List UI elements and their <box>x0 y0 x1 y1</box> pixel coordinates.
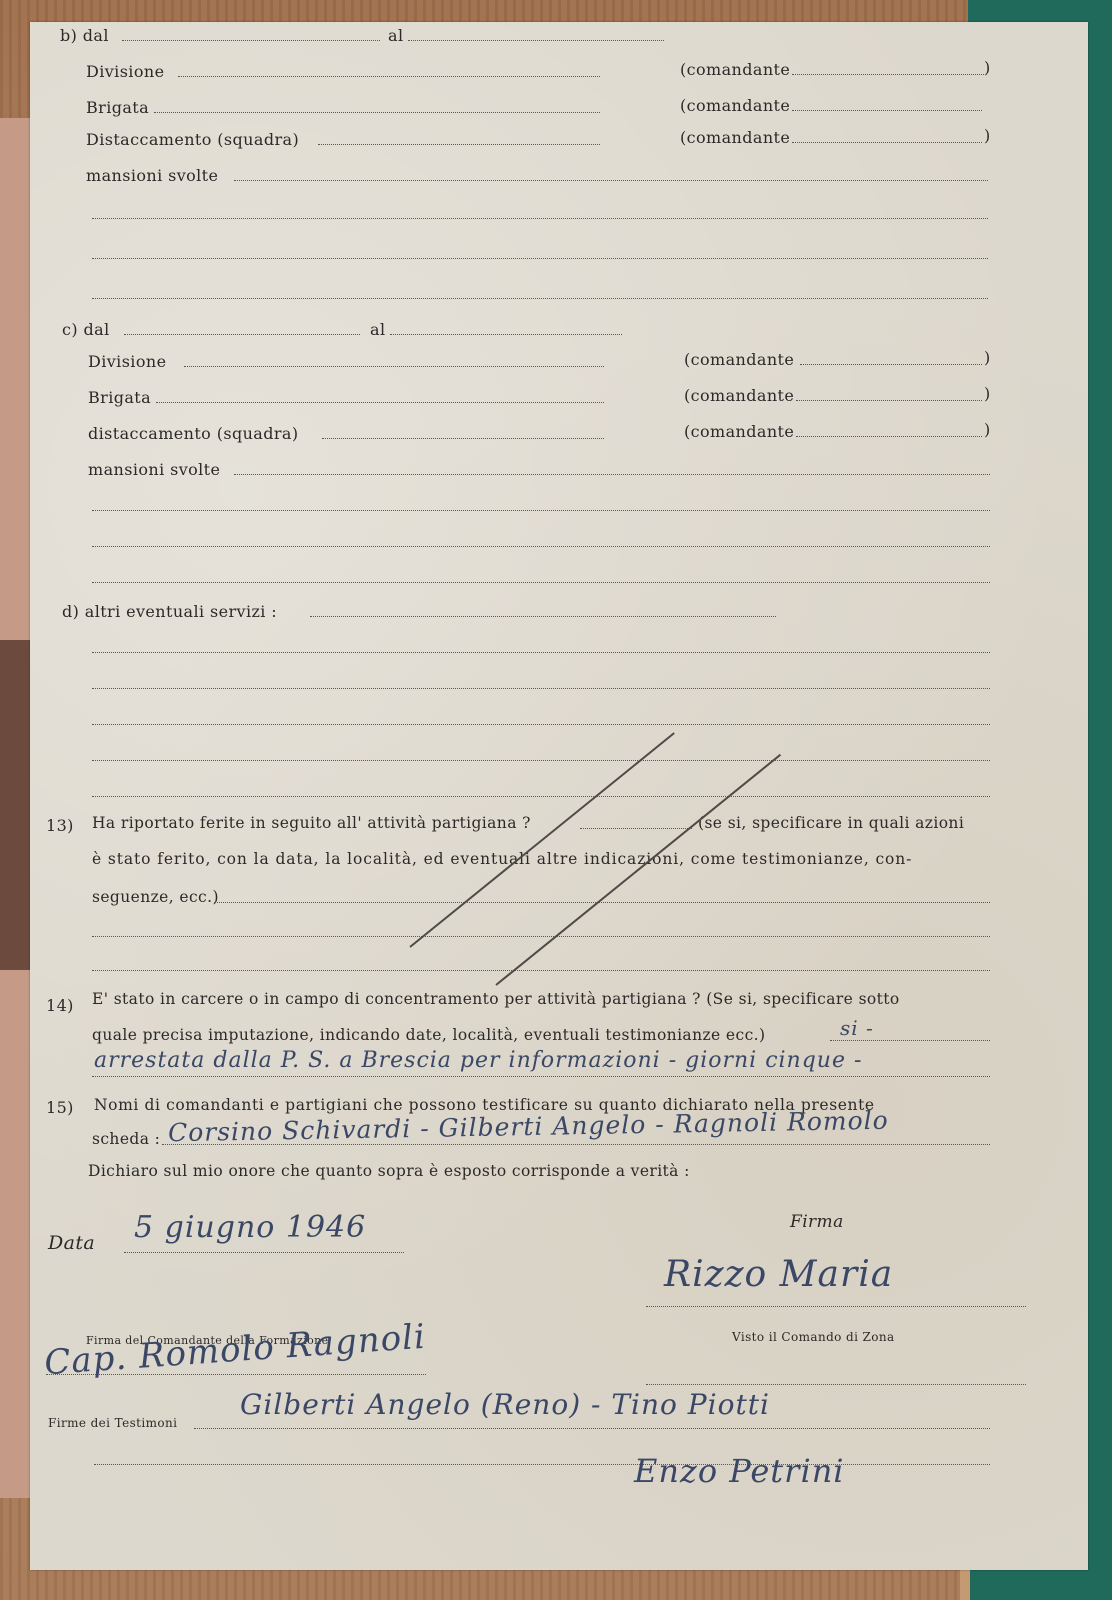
section-b-al-field[interactable] <box>408 40 664 41</box>
q15-question-line2: scheda : <box>92 1130 160 1148</box>
section-c-mansioni-label: mansioni svolte <box>88 460 220 479</box>
section-b-brigata-comandante-label: (comandante <box>680 96 790 115</box>
section-b-distaccamento-comandante-field[interactable] <box>792 142 982 143</box>
section-b-dal-label: b) dal <box>60 26 109 45</box>
section-b-mansioni-field[interactable] <box>234 180 988 181</box>
section-d-line-5[interactable] <box>92 760 990 761</box>
testimoni-label: Firme dei Testimoni <box>48 1416 177 1430</box>
testimoni-field-line-2[interactable] <box>94 1464 990 1465</box>
section-c-brigata-label: Brigata <box>88 388 151 407</box>
close-paren: ) <box>984 126 991 145</box>
section-b-divisione-label: Divisione <box>86 62 164 81</box>
q14-answer-line-2[interactable] <box>92 1076 990 1077</box>
firma-field[interactable] <box>646 1306 1026 1307</box>
strike-through-mark-2 <box>495 754 781 986</box>
section-b-divisione-comandante-label: (comandante <box>680 60 790 79</box>
section-d-line-3[interactable] <box>92 688 990 689</box>
declaration-text: Dichiaro sul mio onore che quanto sopra … <box>88 1162 690 1180</box>
section-c-distaccamento-field[interactable] <box>322 438 604 439</box>
section-b-mansioni-line-2[interactable] <box>92 218 988 219</box>
section-c-divisione-comandante-field[interactable] <box>800 364 982 365</box>
q14-handwritten-answer-yes: si - <box>840 1016 874 1040</box>
section-c-brigata-comandante-label: (comandante <box>684 386 794 405</box>
section-b-mansioni-label: mansioni svolte <box>86 166 218 185</box>
visto-comando-zona-field[interactable] <box>646 1384 1026 1385</box>
q13-question-line3: seguenze, ecc.) <box>92 888 219 906</box>
q14-question-line2: quale precisa imputazione, indicando dat… <box>92 1026 765 1044</box>
section-c-mansioni-line-2[interactable] <box>92 510 990 511</box>
section-b-brigata-label: Brigata <box>86 98 149 117</box>
close-paren: ) <box>984 348 991 367</box>
section-b-brigata-field[interactable] <box>154 112 600 113</box>
strike-through-mark-1 <box>409 732 674 948</box>
wood-block <box>960 1568 970 1600</box>
section-c-divisione-field[interactable] <box>184 366 604 367</box>
date-field[interactable] <box>124 1252 404 1253</box>
section-c-al-label: al <box>370 320 385 339</box>
q13-details-line-3[interactable] <box>92 970 990 971</box>
section-d-field[interactable] <box>310 616 776 617</box>
section-b-distaccamento-field[interactable] <box>318 144 600 145</box>
section-b-dal-field[interactable] <box>122 40 380 41</box>
q14-question-line1: E' stato in carcere o in campo di concen… <box>92 990 900 1008</box>
section-c-divisione-label: Divisione <box>88 352 166 371</box>
section-b-brigata-comandante-field[interactable] <box>792 110 982 111</box>
close-paren: ) <box>984 420 991 439</box>
q13-question-line1: Ha riportato ferite in seguito all' atti… <box>92 814 531 832</box>
section-c-dal-label: c) dal <box>62 320 110 339</box>
section-c-dal-field[interactable] <box>124 334 360 335</box>
section-c-mansioni-line-4[interactable] <box>92 582 990 583</box>
firma-label: Firma <box>790 1212 844 1232</box>
section-c-al-field[interactable] <box>390 334 622 335</box>
q13-details-line-2[interactable] <box>92 936 990 937</box>
section-b-divisione-comandante-field[interactable] <box>792 74 984 75</box>
section-c-distaccamento-comandante-label: (comandante <box>684 422 794 441</box>
section-d-label: d) altri eventuali servizi : <box>62 602 277 621</box>
q14-answer-field[interactable] <box>830 1040 990 1041</box>
section-c-mansioni-line-3[interactable] <box>92 546 990 547</box>
testimoni-handwritten-signatures-1: Gilberti Angelo (Reno) - Tino Piotti <box>240 1388 770 1421</box>
section-d-line-4[interactable] <box>92 724 990 725</box>
firma-handwritten-signature: Rizzo Maria <box>664 1254 893 1295</box>
q13-answer-field[interactable] <box>580 828 692 829</box>
q15-number: 15) <box>46 1098 74 1117</box>
section-b-mansioni-line-4[interactable] <box>92 298 988 299</box>
section-d-line-2[interactable] <box>92 652 990 653</box>
section-b-distaccamento-label: Distaccamento (squadra) <box>86 130 299 149</box>
testimoni-handwritten-signatures-2: Enzo Petrini <box>634 1452 845 1490</box>
section-c-divisione-comandante-label: (comandante <box>684 350 794 369</box>
q13-number: 13) <box>46 816 74 835</box>
section-c-mansioni-field[interactable] <box>234 474 990 475</box>
section-b-al-label: al <box>388 26 403 45</box>
section-b-divisione-field[interactable] <box>178 76 600 77</box>
underlying-folder-shadow <box>0 640 30 970</box>
q13-question-line1b: (se si, specificare in quali azioni <box>698 814 964 832</box>
visto-comando-zona-label: Visto il Comando di Zona <box>732 1330 895 1344</box>
q13-details-field[interactable] <box>214 902 990 903</box>
section-c-distaccamento-label: distaccamento (squadra) <box>88 424 299 443</box>
section-c-brigata-field[interactable] <box>156 402 604 403</box>
section-d-line-6[interactable] <box>92 796 990 797</box>
date-label: Data <box>48 1232 95 1254</box>
close-paren: ) <box>984 58 991 77</box>
form-sheet: b) dal al Divisione (comandante ) Brigat… <box>30 22 1088 1570</box>
close-paren: ) <box>984 384 991 403</box>
section-b-mansioni-line-3[interactable] <box>92 258 988 259</box>
section-c-distaccamento-comandante-field[interactable] <box>796 436 982 437</box>
date-handwritten: 5 giugno 1946 <box>134 1210 366 1245</box>
testimoni-field[interactable] <box>194 1428 990 1429</box>
q14-handwritten-answer-details: arrestata dalla P. S. a Brescia per info… <box>94 1048 862 1073</box>
q14-number: 14) <box>46 996 74 1015</box>
q13-question-line2: è stato ferito, con la data, la località… <box>92 850 912 868</box>
section-c-brigata-comandante-field[interactable] <box>796 400 982 401</box>
section-b-distaccamento-comandante-label: (comandante <box>680 128 790 147</box>
